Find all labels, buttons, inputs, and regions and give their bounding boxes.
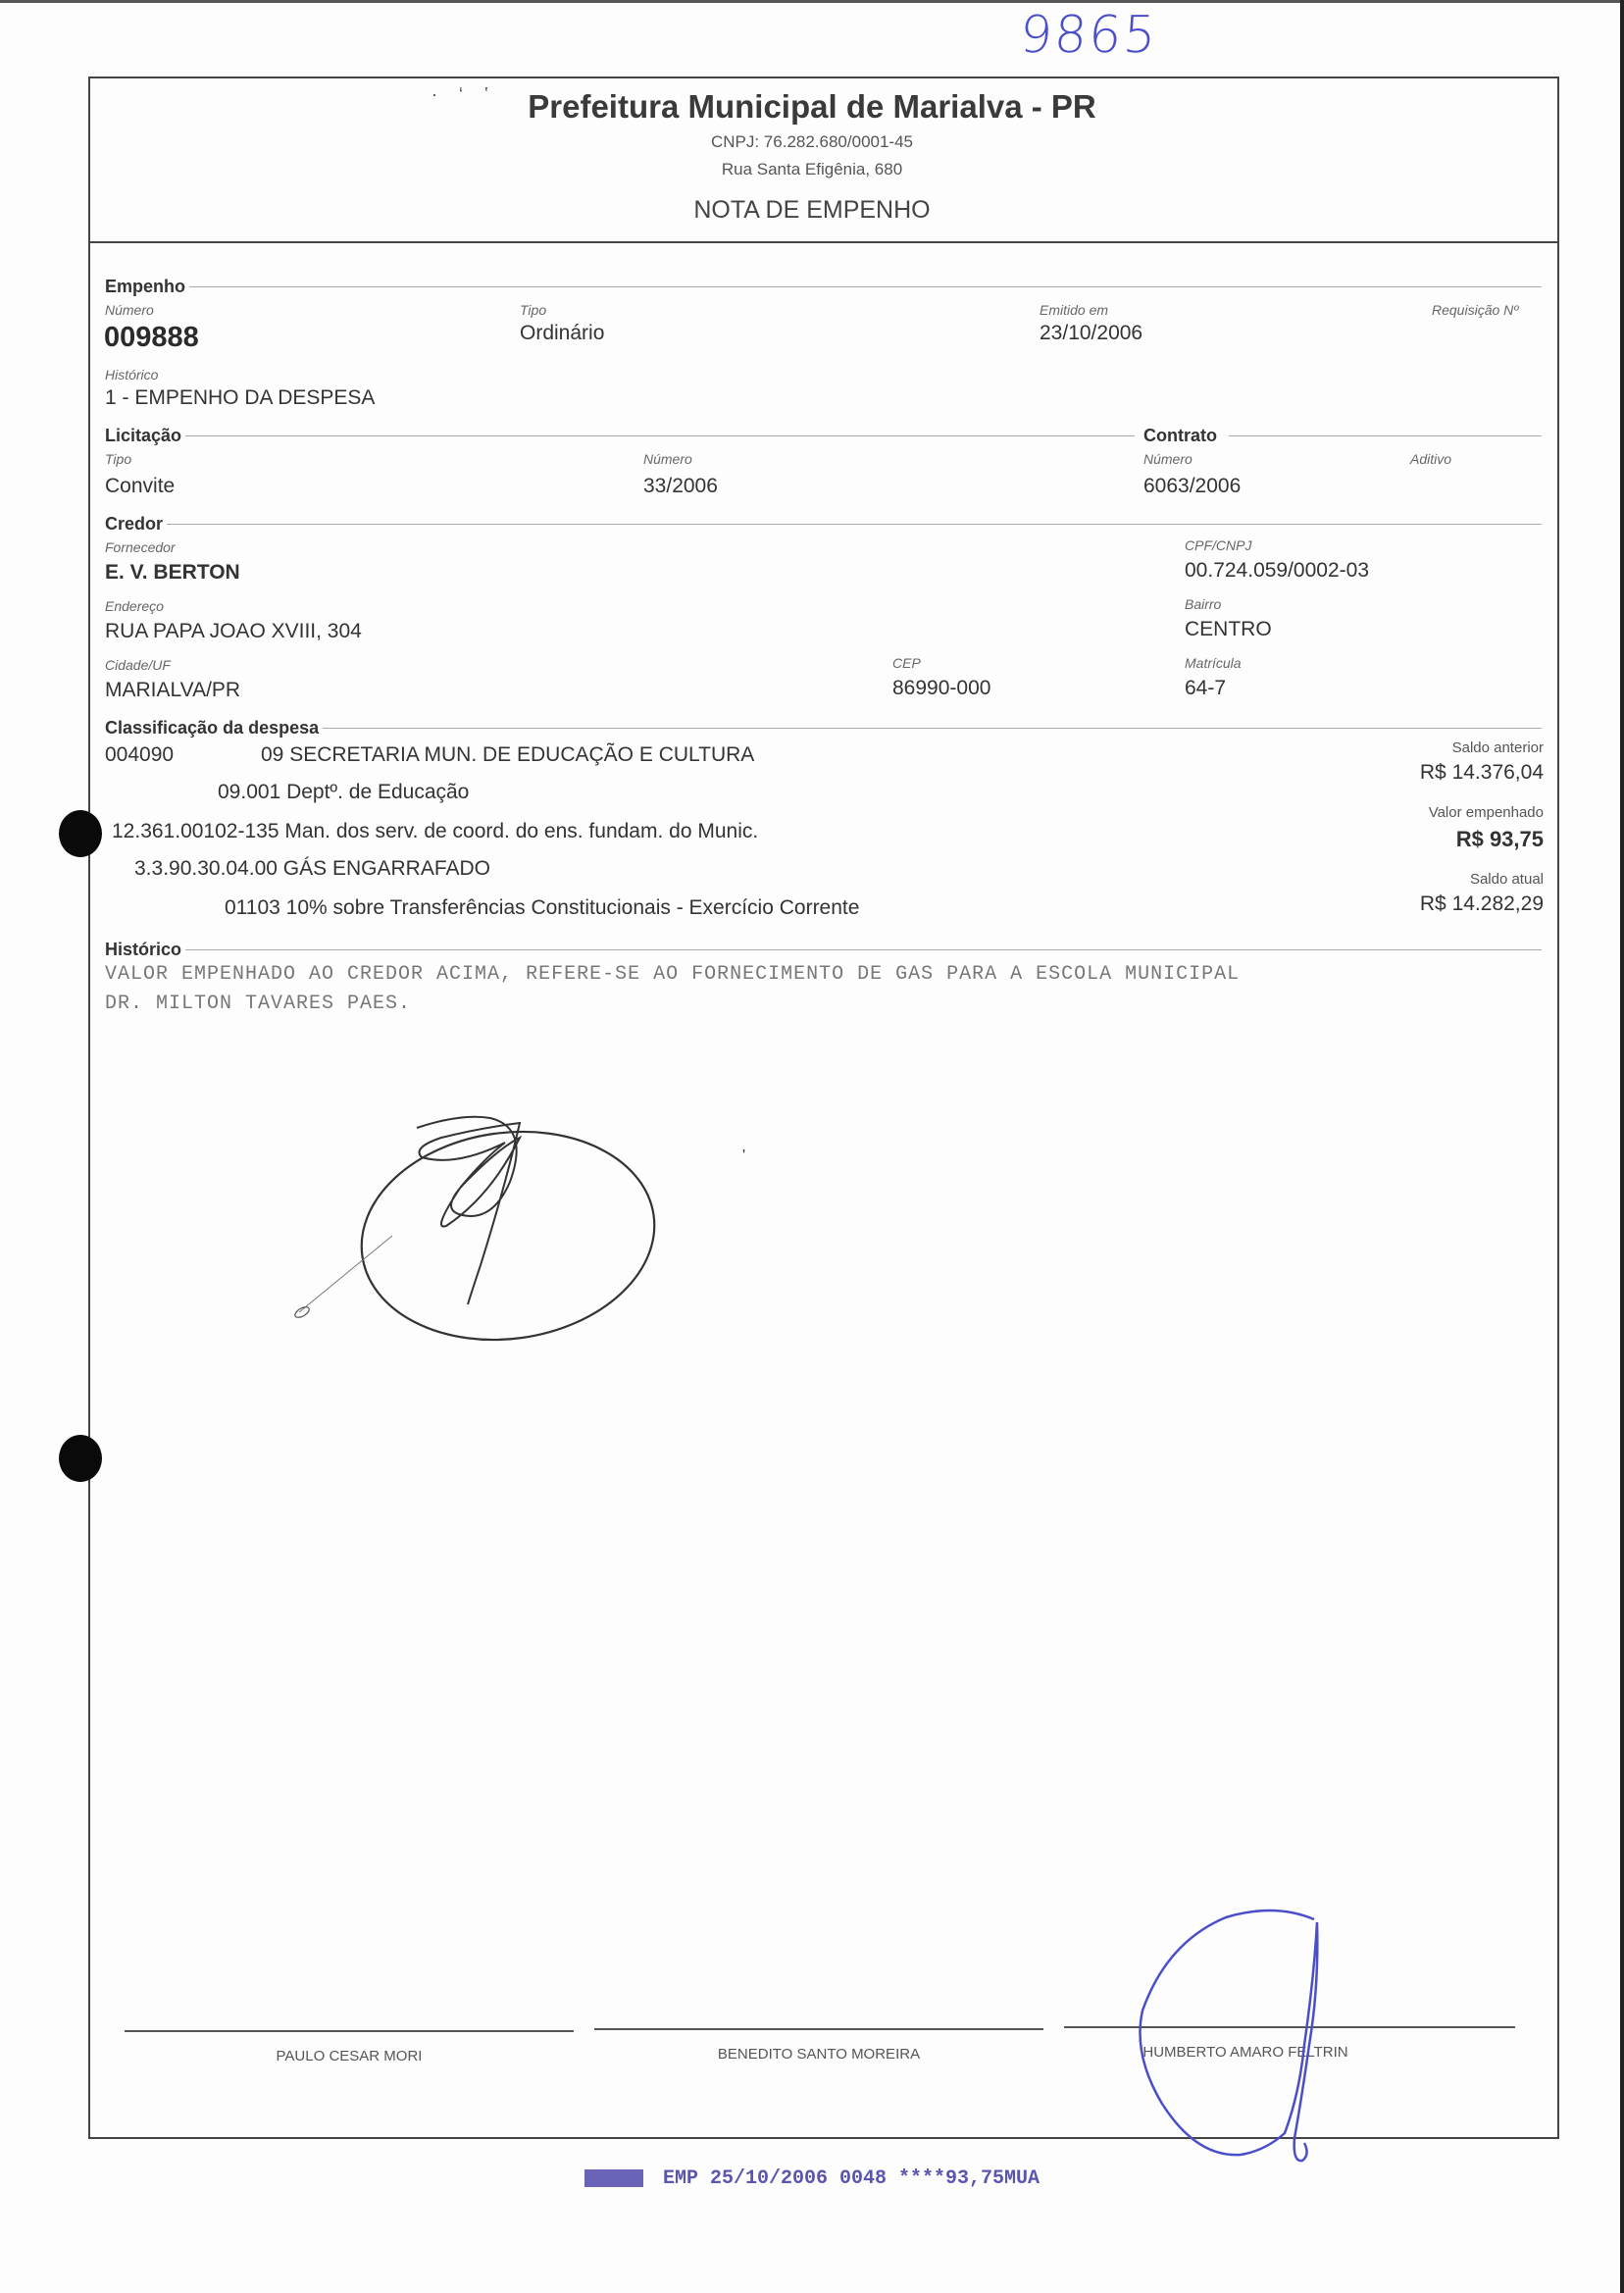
org-name: Prefeitura Municipal de Marialva - PR: [0, 88, 1624, 126]
section-licitacao: Licitação: [105, 426, 1135, 446]
section-rule: [185, 949, 1542, 950]
historico-line-1: VALOR EMPENHADO AO CREDOR ACIMA, REFERE-…: [105, 963, 1240, 986]
empenho-numero: 009888: [104, 322, 199, 354]
valor-empenhado-label: Valor empenhado: [1429, 804, 1544, 821]
credor-cpf-cnpj-label: CPF/CNPJ: [1185, 537, 1251, 553]
header-separator: [88, 241, 1559, 243]
saldo-anterior-label: Saldo anterior: [1452, 739, 1544, 756]
stamp-text: EMP 25/10/2006 0048 ****93,75MUA: [663, 2167, 1040, 2190]
org-cnpj: CNPJ: 76.282.680/0001-45: [0, 132, 1624, 152]
historico-line-2: DR. MILTON TAVARES PAES.: [105, 993, 411, 1015]
credor-endereco-label: Endereço: [105, 598, 164, 614]
section-classificacao-label: Classificação da despesa: [105, 718, 319, 739]
section-rule: [189, 286, 1542, 287]
credor-fornecedor-label: Fornecedor: [105, 539, 176, 555]
credor-cep-label: CEP: [892, 655, 921, 671]
empenho-tipo-label: Tipo: [520, 302, 546, 318]
licitacao-tipo-label: Tipo: [105, 451, 131, 467]
credor-bairro: CENTRO: [1185, 618, 1272, 641]
saldo-anterior: R$ 14.376,04: [1420, 761, 1544, 785]
payment-stamp: EMP 25/10/2006 0048 ****93,75MUA: [0, 2167, 1624, 2190]
classificacao-funcional: 12.361.00102-135 Man. dos serv. de coord…: [112, 820, 758, 843]
contrato-aditivo-label: Aditivo: [1410, 451, 1451, 467]
credor-fornecedor: E. V. BERTON: [105, 561, 240, 585]
credor-matricula: 64-7: [1185, 677, 1226, 700]
section-empenho: Empenho: [105, 277, 1542, 297]
empenho-requisicao-label: Requisição Nº: [1432, 302, 1518, 318]
credor-cep: 86990-000: [892, 677, 990, 700]
credor-cidade-label: Cidade/UF: [105, 657, 171, 673]
signature-scribble-black: [284, 1089, 677, 1344]
section-classificacao: Classificação da despesa: [105, 718, 1542, 739]
section-historico-label: Histórico: [105, 940, 181, 960]
page-top-edge: [0, 0, 1624, 3]
handwritten-page-number: 9865: [1018, 6, 1160, 65]
credor-matricula-label: Matrícula: [1185, 655, 1242, 671]
credor-endereco: RUA PAPA JOAO XVIII, 304: [105, 620, 362, 643]
section-historico: Histórico: [105, 940, 1542, 960]
classificacao-elemento: 3.3.90.30.04.00 GÁS ENGARRAFADO: [134, 857, 490, 881]
empenho-emitido-label: Emitido em: [1040, 302, 1108, 318]
saldo-atual: R$ 14.282,29: [1420, 892, 1544, 916]
section-contrato: Contrato: [1143, 426, 1542, 446]
section-rule: [167, 524, 1542, 525]
signatory-1: PAULO CESAR MORI: [125, 2048, 574, 2064]
licitacao-tipo: Convite: [105, 475, 175, 498]
licitacao-numero-label: Número: [643, 451, 692, 467]
empenho-numero-label: Número: [105, 302, 154, 318]
section-contrato-label: Contrato: [1143, 426, 1217, 446]
section-credor-label: Credor: [105, 514, 163, 535]
classificacao-unidade: 09.001 Deptº. de Educação: [218, 781, 469, 804]
section-rule: [323, 728, 1542, 729]
section-empenho-label: Empenho: [105, 277, 185, 297]
classificacao-fonte: 01103 10% sobre Transferências Constituc…: [225, 896, 859, 920]
licitacao-numero: 33/2006: [643, 475, 718, 498]
hole-punch-bottom: [59, 1435, 102, 1482]
page-right-edge: [1620, 0, 1624, 2293]
classificacao-orgao: 09 SECRETARIA MUN. DE EDUCAÇÃO E CULTURA: [261, 743, 754, 767]
stray-mark: ': [742, 1147, 745, 1165]
classificacao-codigo: 004090: [105, 743, 174, 767]
saldo-atual-label: Saldo atual: [1470, 871, 1544, 888]
document-title: NOTA DE EMPENHO: [0, 196, 1624, 225]
empenho-historico-label: Histórico: [105, 367, 158, 382]
credor-cpf-cnpj: 00.724.059/0002-03: [1185, 559, 1369, 583]
section-credor: Credor: [105, 514, 1542, 535]
signature-line-1: [125, 2030, 574, 2032]
hole-punch-top: [59, 810, 102, 857]
credor-bairro-label: Bairro: [1185, 596, 1221, 612]
empenho-historico: 1 - EMPENHO DA DESPESA: [105, 386, 375, 410]
empenho-emitido: 23/10/2006: [1040, 322, 1142, 345]
signature-scribble-blue: [1118, 1898, 1353, 2172]
credor-cidade: MARIALVA/PR: [105, 679, 240, 702]
section-rule: [185, 435, 1135, 436]
valor-empenhado: R$ 93,75: [1456, 827, 1544, 852]
empenho-tipo: Ordinário: [520, 322, 604, 345]
signatory-2: BENEDITO SANTO MOREIRA: [594, 2046, 1043, 2063]
org-address: Rua Santa Efigênia, 680: [0, 160, 1624, 179]
section-rule: [1229, 435, 1542, 436]
section-licitacao-label: Licitação: [105, 426, 181, 446]
stamp-logo-icon: [584, 2169, 643, 2187]
contrato-numero: 6063/2006: [1143, 475, 1241, 498]
contrato-numero-label: Número: [1143, 451, 1193, 467]
signature-line-2: [594, 2028, 1043, 2030]
